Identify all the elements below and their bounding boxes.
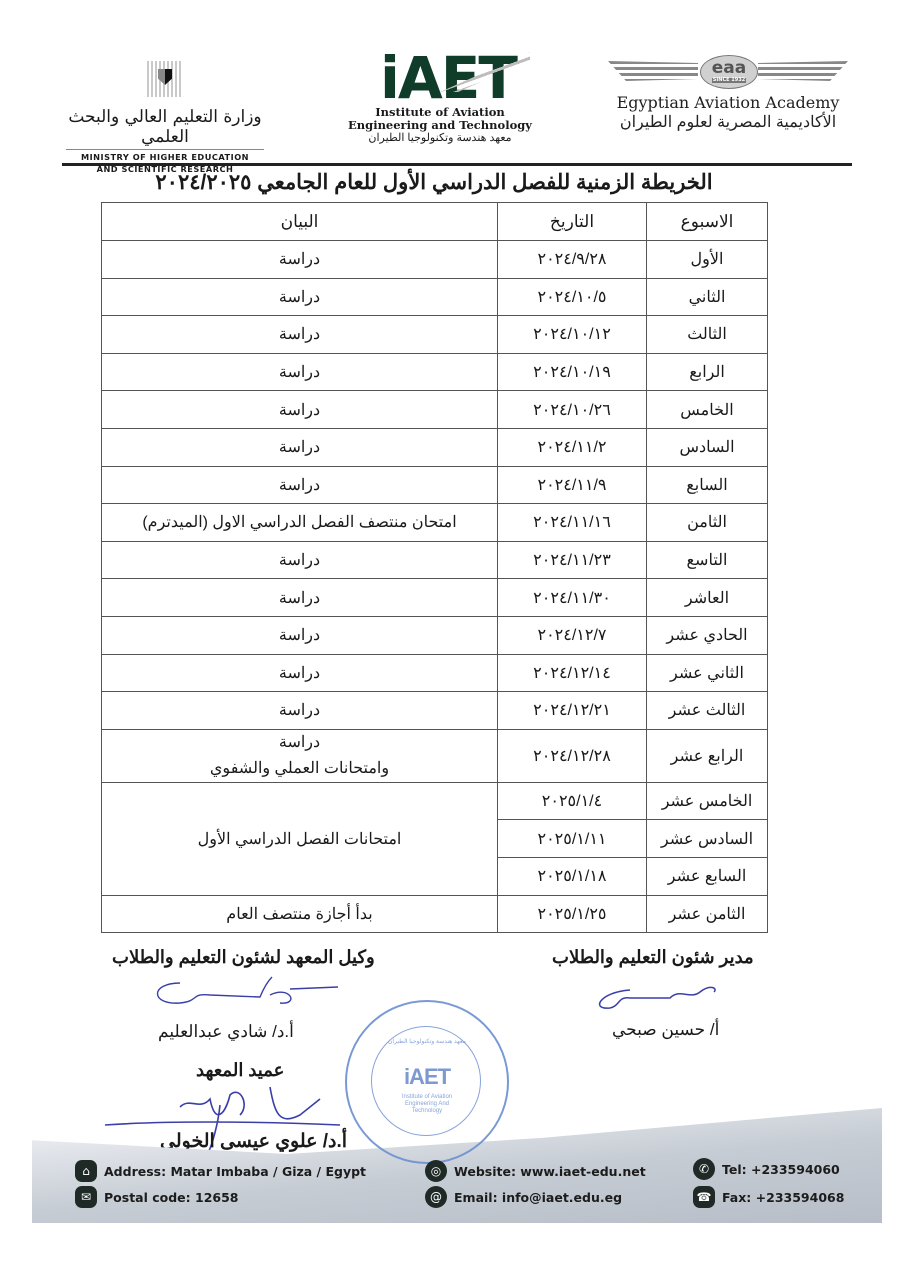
header-date: التاريخ bbox=[498, 203, 647, 241]
official-stamp: معهد هندسة وتكنولوجيا الطيران iAET Insti… bbox=[345, 1000, 509, 1164]
globe-icon: ◎ bbox=[425, 1160, 447, 1182]
vice-dean-signature-icon bbox=[150, 975, 340, 1020]
header-description: البيان bbox=[102, 203, 498, 241]
table-row-midterm: الثامن٢٠٢٤/١١/١٦امتحان منتصف الفصل الدرا… bbox=[102, 504, 768, 542]
footer-fax: ☎ Fax: +233594068 bbox=[693, 1186, 844, 1208]
footer-email[interactable]: @ Email: info@iaet.edu.eg bbox=[425, 1186, 622, 1208]
at-sign-icon: @ bbox=[425, 1186, 447, 1208]
header-week: الاسبوع bbox=[647, 203, 768, 241]
eaa-wings-icon: eaaSINCE 1932 bbox=[608, 55, 848, 89]
table-row-practical-exams: الرابع عشر ٢٠٢٤/١٢/٢٨ دراسةوامتحانات الع… bbox=[102, 729, 768, 782]
affairs-manager-title: مدير شئون التعليم والطلاب bbox=[552, 947, 754, 968]
institute-name-ar: معهد هندسة وتكنولوجيا الطيران bbox=[310, 132, 570, 144]
document-title: الخريطة الزمنية للفصل الدراسي الأول للعا… bbox=[100, 170, 768, 195]
academy-name-ar: الأكاديمية المصرية لعلوم الطيران bbox=[608, 112, 848, 132]
academy-logo: eaaSINCE 1932 Egyptian Aviation Academy … bbox=[608, 55, 848, 132]
header-divider bbox=[62, 163, 852, 166]
table-row: التاسع٢٠٢٤/١١/٢٣دراسة bbox=[102, 541, 768, 579]
institute-name-en-2: Engineering and Technology bbox=[310, 119, 570, 132]
table-row: الثاني عشر٢٠٢٤/١٢/١٤دراسة bbox=[102, 654, 768, 692]
academy-name-en: Egyptian Aviation Academy bbox=[608, 93, 848, 112]
dean-title: عميد المعهد bbox=[196, 1060, 284, 1081]
table-row: العاشر٢٠٢٤/١١/٣٠دراسة bbox=[102, 579, 768, 617]
footer-tel: ✆ Tel: +233594060 bbox=[693, 1158, 840, 1180]
eagle-emblem-icon bbox=[147, 55, 183, 101]
table-row: الثاني٢٠٢٤/١٠/٥دراسة bbox=[102, 278, 768, 316]
vice-dean-title: وكيل المعهد لشئون التعليم والطلاب bbox=[112, 947, 375, 968]
table-header-row: الاسبوع التاريخ البيان bbox=[102, 203, 768, 241]
iaet-logo-icon: iAET bbox=[340, 50, 540, 106]
vice-dean-name: أ.د/ شادي عبدالعليم bbox=[158, 1022, 294, 1042]
table-row: السادس٢٠٢٤/١١/٢دراسة bbox=[102, 428, 768, 466]
institute-logo: iAET Institute of Aviation Engineering a… bbox=[310, 50, 570, 144]
table-row: الثالث عشر٢٠٢٤/١٢/٢١دراسة bbox=[102, 692, 768, 730]
footer-address: ⌂ Address: Matar Imbaba / Giza / Egypt bbox=[75, 1160, 366, 1182]
table-row: الثالث٢٠٢٤/١٠/١٢دراسة bbox=[102, 316, 768, 354]
ministry-logo: وزارة التعليم العالي والبحث العلمي MINIS… bbox=[60, 55, 270, 174]
envelope-icon: ✉ bbox=[75, 1186, 97, 1208]
stamp-logo-icon: iAET bbox=[387, 1064, 467, 1090]
final-exams-cell: امتحانات الفصل الدراسي الأول bbox=[102, 782, 498, 895]
table-row: الخامس٢٠٢٤/١٠/٢٦دراسة bbox=[102, 391, 768, 429]
fax-icon: ☎ bbox=[693, 1186, 715, 1208]
footer-website[interactable]: ◎ Website: www.iaet-edu.net bbox=[425, 1160, 646, 1182]
ministry-name-ar: وزارة التعليم العالي والبحث العلمي bbox=[66, 107, 264, 150]
table-row: الرابع٢٠٢٤/١٠/١٩دراسة bbox=[102, 353, 768, 391]
phone-icon: ✆ bbox=[693, 1158, 715, 1180]
table-row-midyear-break: الثامن عشر٢٠٢٥/١/٢٥بدأ أجازة منتصف العام bbox=[102, 895, 768, 933]
schedule-table: الاسبوع التاريخ البيان الأول٢٠٢٤/٩/٢٨درا… bbox=[101, 202, 768, 933]
table-row-final-exams: الخامس عشر ٢٠٢٥/١/٤ امتحانات الفصل الدرا… bbox=[102, 782, 768, 820]
ministry-name-en-1: MINISTRY OF HIGHER EDUCATION bbox=[60, 152, 270, 162]
affairs-manager-name: أ/ حسين صبحي bbox=[612, 1020, 719, 1040]
table-row: الحادي عشر٢٠٢٤/١٢/٧دراسة bbox=[102, 616, 768, 654]
table-row: السابع٢٠٢٤/١١/٩دراسة bbox=[102, 466, 768, 504]
table-row: الأول٢٠٢٤/٩/٢٨دراسة bbox=[102, 241, 768, 279]
footer-postal: ✉ Postal code: 12658 bbox=[75, 1186, 239, 1208]
affairs-manager-signature-icon bbox=[590, 978, 720, 1018]
home-location-icon: ⌂ bbox=[75, 1160, 97, 1182]
